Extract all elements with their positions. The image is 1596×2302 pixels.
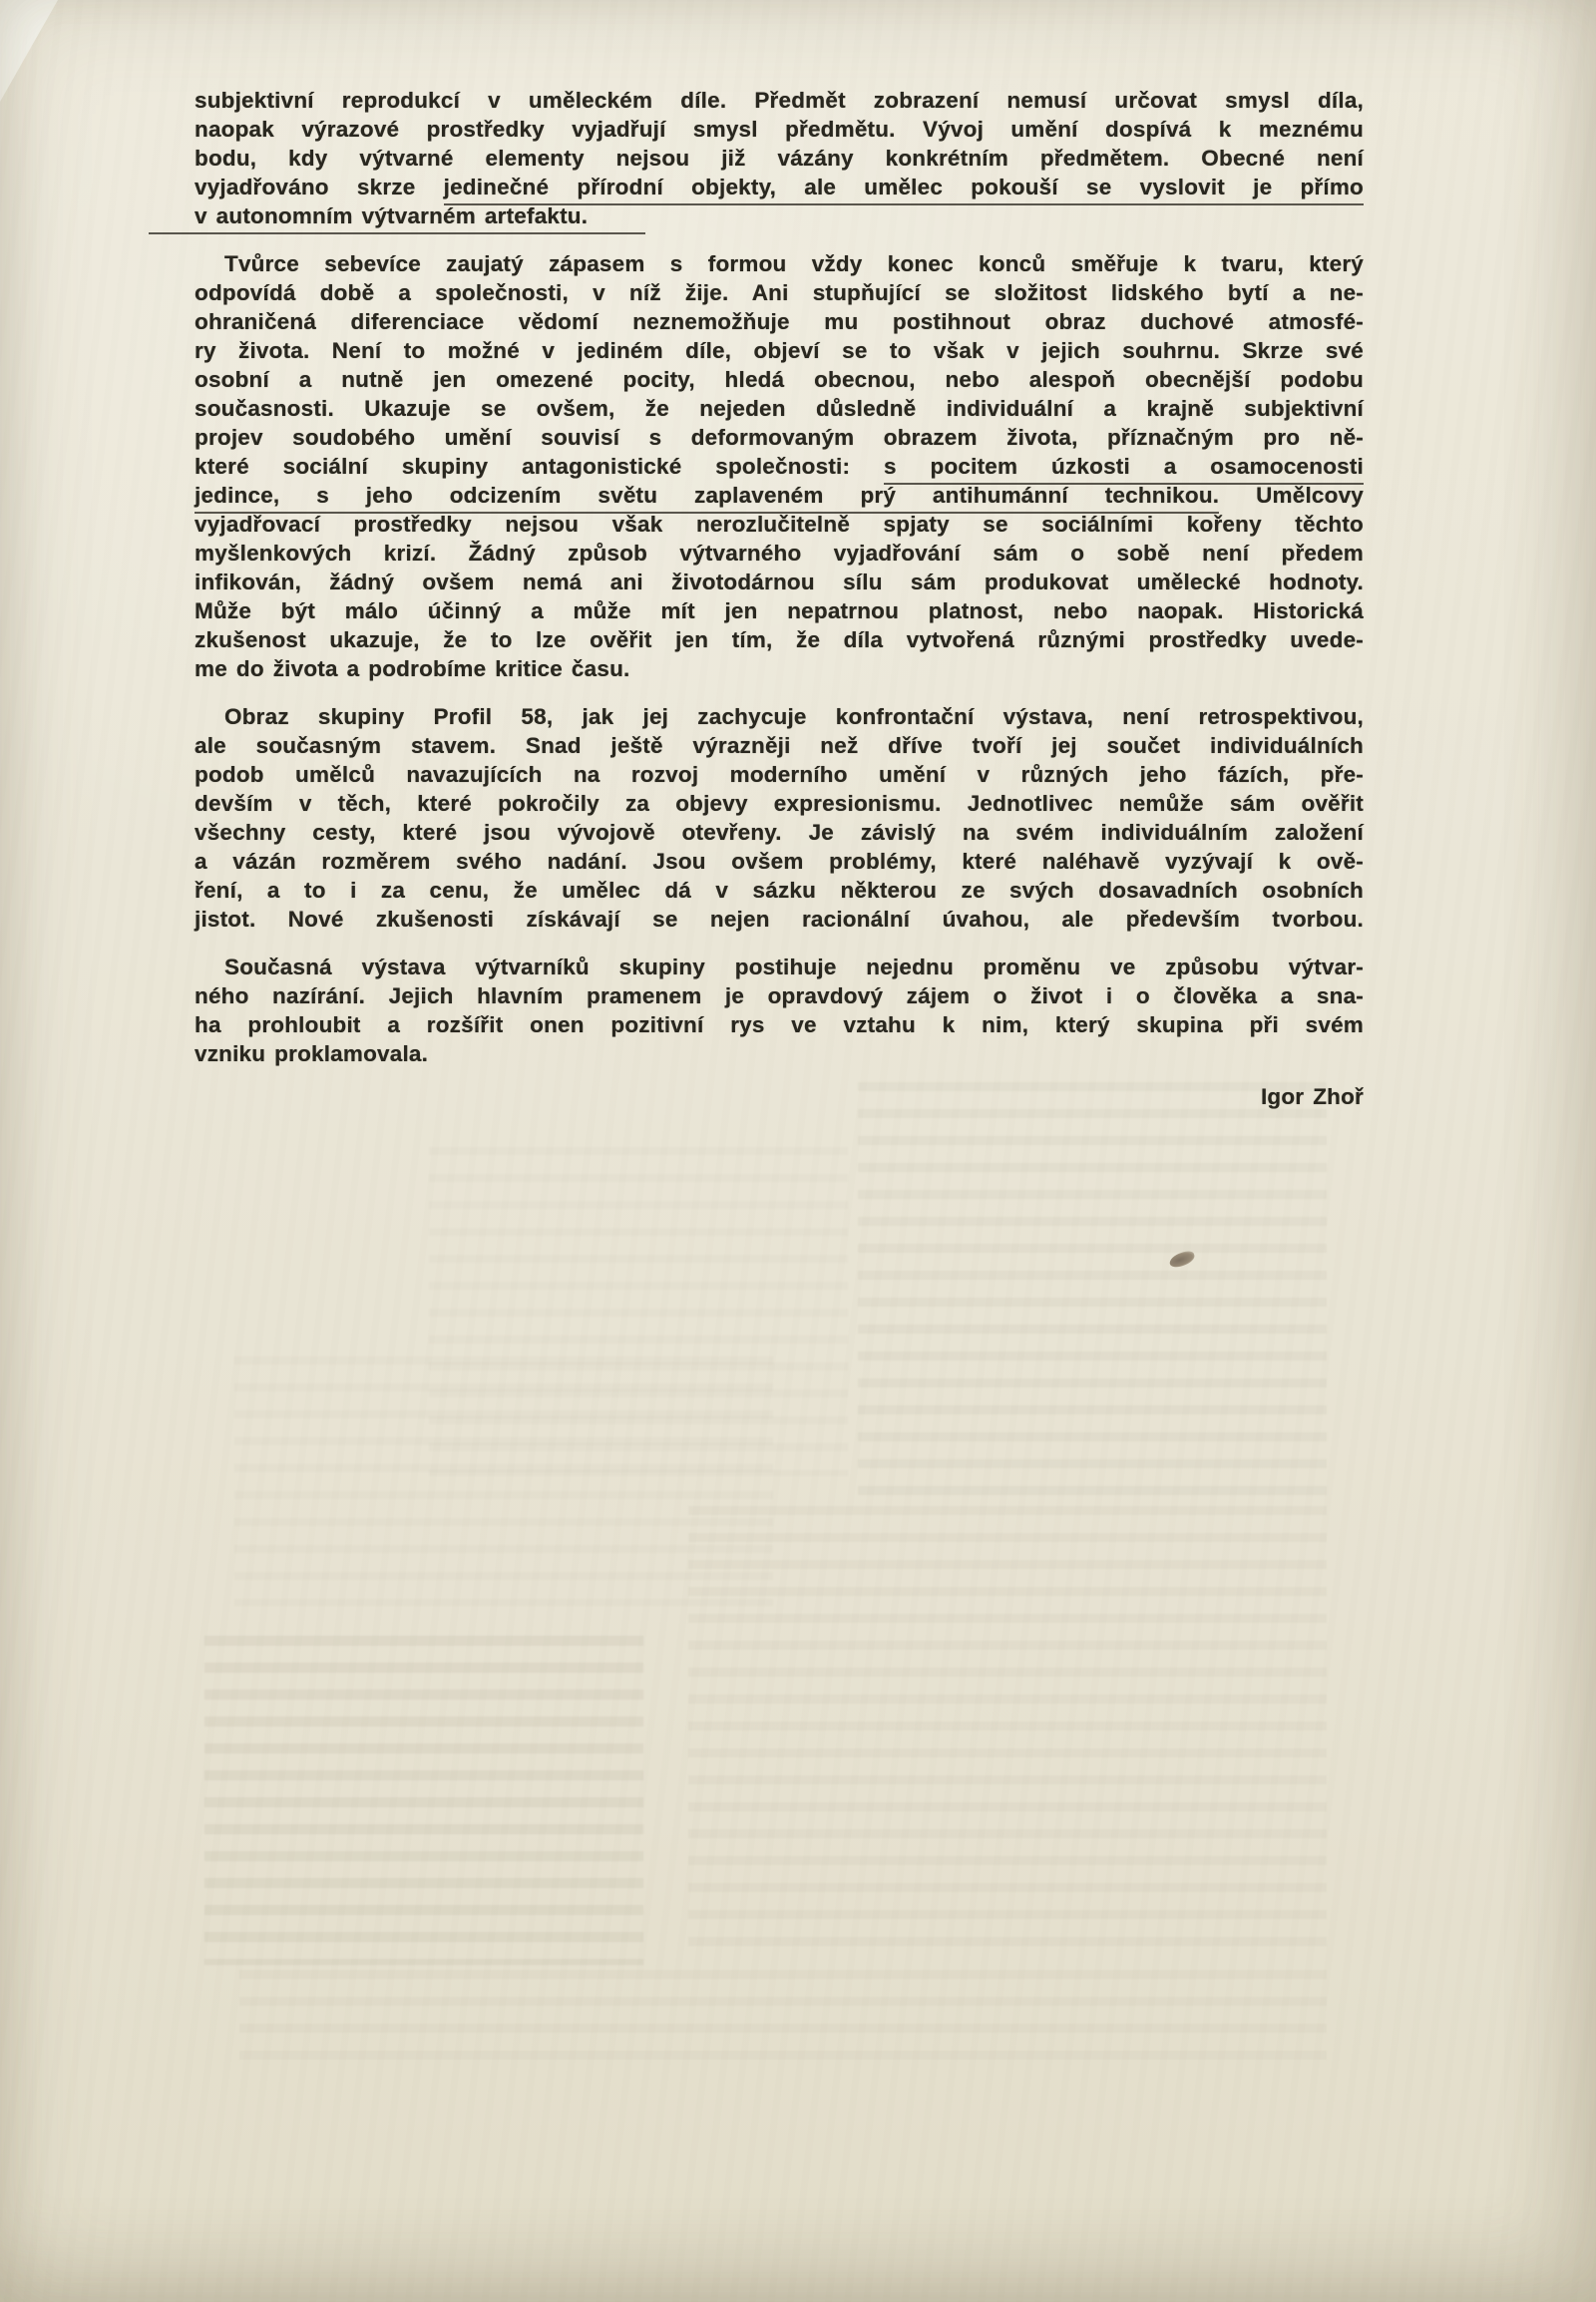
show-through-text-3 xyxy=(234,1356,773,1606)
line-text: zkušenost ukazuje, že to lze ověřit jen … xyxy=(195,627,1364,652)
paragraph-1: subjektivní reprodukcí v uměleckém díle.… xyxy=(195,86,1364,230)
text-line: které sociální skupiny antagonistické sp… xyxy=(195,452,1364,481)
line-text: vzniku proklamovala. xyxy=(195,1041,428,1066)
line-text: subjektivní reprodukcí v uměleckém díle.… xyxy=(195,88,1364,113)
line-text: vyjadřováno skrze xyxy=(195,175,444,199)
text-line: ření, a to i za cenu, že umělec dá v sáz… xyxy=(195,876,1364,905)
text-line: ného nazírání. Jejich hlavním pramenem j… xyxy=(195,981,1364,1010)
text-line: jedince, s jeho odcizením světu zaplaven… xyxy=(195,481,1364,510)
line-text: všechny cesty, které jsou vývojově otevř… xyxy=(195,820,1364,845)
text-line: ry života. Není to možné v jediném díle,… xyxy=(195,336,1364,365)
text-line: jistot. Nové zkušenosti získávají se nej… xyxy=(195,905,1364,934)
show-through-text-2 xyxy=(688,1506,1327,1955)
text-line: všechny cesty, které jsou vývojově otevř… xyxy=(195,818,1364,847)
show-through-text-1 xyxy=(858,1082,1327,1501)
text-line: zkušenost ukazuje, že to lze ověřit jen … xyxy=(195,625,1364,654)
show-through-text-4 xyxy=(204,1636,643,1965)
text-line: ha prohloubit a rozšířit onen pozitivní … xyxy=(195,1010,1364,1039)
paper-corner-sliver xyxy=(0,0,70,110)
line-text: Umělcovy xyxy=(1219,483,1364,508)
text-line: podob umělců navazujících na rozvoj mode… xyxy=(195,760,1364,789)
line-text: a vázán rozměrem svého nadání. Jsou ovše… xyxy=(195,849,1364,874)
line-text: ření, a to i za cenu, že umělec dá v sáz… xyxy=(195,878,1364,903)
text-line: Může být málo účinný a může mít jen nepa… xyxy=(195,596,1364,625)
signature: Igor Zhoř xyxy=(195,1082,1364,1111)
text-line: bodu, kdy výtvarné elementy nejsou již v… xyxy=(195,144,1364,173)
text-line: myšlenkových krizí. Žádný způsob výtvarn… xyxy=(195,539,1364,568)
line-text: ale současným stavem. Snad ještě výrazně… xyxy=(195,733,1364,758)
underlined-text: v autonomním výtvarném artefaktu. xyxy=(149,203,645,234)
show-through-text-5 xyxy=(239,1970,1327,2065)
text-line: projev soudobého umění souvisí s deformo… xyxy=(195,423,1364,452)
line-text: infikován, žádný ovšem nemá ani životodá… xyxy=(195,570,1364,594)
text-line: me do života a podrobíme kritice času. xyxy=(195,654,1364,683)
line-text: osobní a nutně jen omezené pocity, hledá… xyxy=(195,367,1364,392)
text-line: odpovídá době a společnosti, v níž žije.… xyxy=(195,278,1364,307)
line-text: Současná výstava výtvarníků skupiny post… xyxy=(224,955,1364,979)
text-line: infikován, žádný ovšem nemá ani životodá… xyxy=(195,568,1364,596)
paragraph-3: Obraz skupiny Profil 58, jak jej zachycu… xyxy=(195,702,1364,934)
line-text: ohraničená diferenciace vědomí neznemožň… xyxy=(195,309,1364,334)
line-text: me do života a podrobíme kritice času. xyxy=(195,656,629,681)
line-text: jistot. Nové zkušenosti získávají se nej… xyxy=(195,907,1364,932)
line-text: ného nazírání. Jejich hlavním pramenem j… xyxy=(195,983,1364,1008)
line-text: které sociální skupiny antagonistické sp… xyxy=(195,454,884,479)
text-line: osobní a nutně jen omezené pocity, hledá… xyxy=(195,365,1364,394)
text-line: Současná výstava výtvarníků skupiny post… xyxy=(195,953,1364,981)
text-line: současnosti. Ukazuje se ovšem, že nejede… xyxy=(195,394,1364,423)
line-text: Může být málo účinný a může mít jen nepa… xyxy=(195,598,1364,623)
text-line: ohraničená diferenciace vědomí neznemožň… xyxy=(195,307,1364,336)
line-text: Tvůrce sebevíce zaujatý zápasem s formou… xyxy=(224,251,1364,276)
text-line: naopak výrazové prostředky vyjadřují smy… xyxy=(195,115,1364,144)
text-line: subjektivní reprodukcí v uměleckém díle.… xyxy=(195,86,1364,115)
text-line: Tvůrce sebevíce zaujatý zápasem s formou… xyxy=(195,249,1364,278)
text-line: ale současným stavem. Snad ještě výrazně… xyxy=(195,731,1364,760)
text-block: subjektivní reprodukcí v uměleckém díle.… xyxy=(195,86,1364,1111)
text-line: vzniku proklamovala. xyxy=(195,1039,1364,1068)
ink-smudge xyxy=(1168,1249,1197,1269)
paragraphs-container: subjektivní reprodukcí v uměleckém díle.… xyxy=(195,86,1364,1068)
line-text: projev soudobého umění souvisí s deformo… xyxy=(195,425,1364,450)
text-line: a vázán rozměrem svého nadání. Jsou ovše… xyxy=(195,847,1364,876)
paragraph-2: Tvůrce sebevíce zaujatý zápasem s formou… xyxy=(195,249,1364,683)
line-text: naopak výrazové prostředky vyjadřují smy… xyxy=(195,117,1364,142)
paragraph-4: Současná výstava výtvarníků skupiny post… xyxy=(195,953,1364,1068)
text-line: vyjadřováno skrze jedinečné přírodní obj… xyxy=(195,173,1364,201)
text-line: v autonomním výtvarném artefaktu. xyxy=(195,201,1364,230)
show-through-text-6 xyxy=(429,1147,848,1476)
text-line: Obraz skupiny Profil 58, jak jej zachycu… xyxy=(195,702,1364,731)
line-text: vyjadřovací prostředky nejsou však neroz… xyxy=(195,512,1364,537)
line-text: současnosti. Ukazuje se ovšem, že nejede… xyxy=(195,396,1364,421)
line-text: myšlenkových krizí. Žádný způsob výtvarn… xyxy=(195,541,1364,566)
line-text: podob umělců navazujících na rozvoj mode… xyxy=(195,762,1364,787)
text-line: devším v těch, které pokročily za objevy… xyxy=(195,789,1364,818)
scanned-document-page: subjektivní reprodukcí v uměleckém díle.… xyxy=(0,0,1596,2302)
line-text: bodu, kdy výtvarné elementy nejsou již v… xyxy=(195,146,1364,171)
line-text: devším v těch, které pokročily za objevy… xyxy=(195,791,1364,816)
line-text: ry života. Není to možné v jediném díle,… xyxy=(195,338,1364,363)
line-text: ha prohloubit a rozšířit onen pozitivní … xyxy=(195,1012,1364,1037)
line-text: odpovídá době a společnosti, v níž žije.… xyxy=(195,280,1364,305)
text-line: vyjadřovací prostředky nejsou však neroz… xyxy=(195,510,1364,539)
line-text: Obraz skupiny Profil 58, jak jej zachycu… xyxy=(224,704,1364,729)
